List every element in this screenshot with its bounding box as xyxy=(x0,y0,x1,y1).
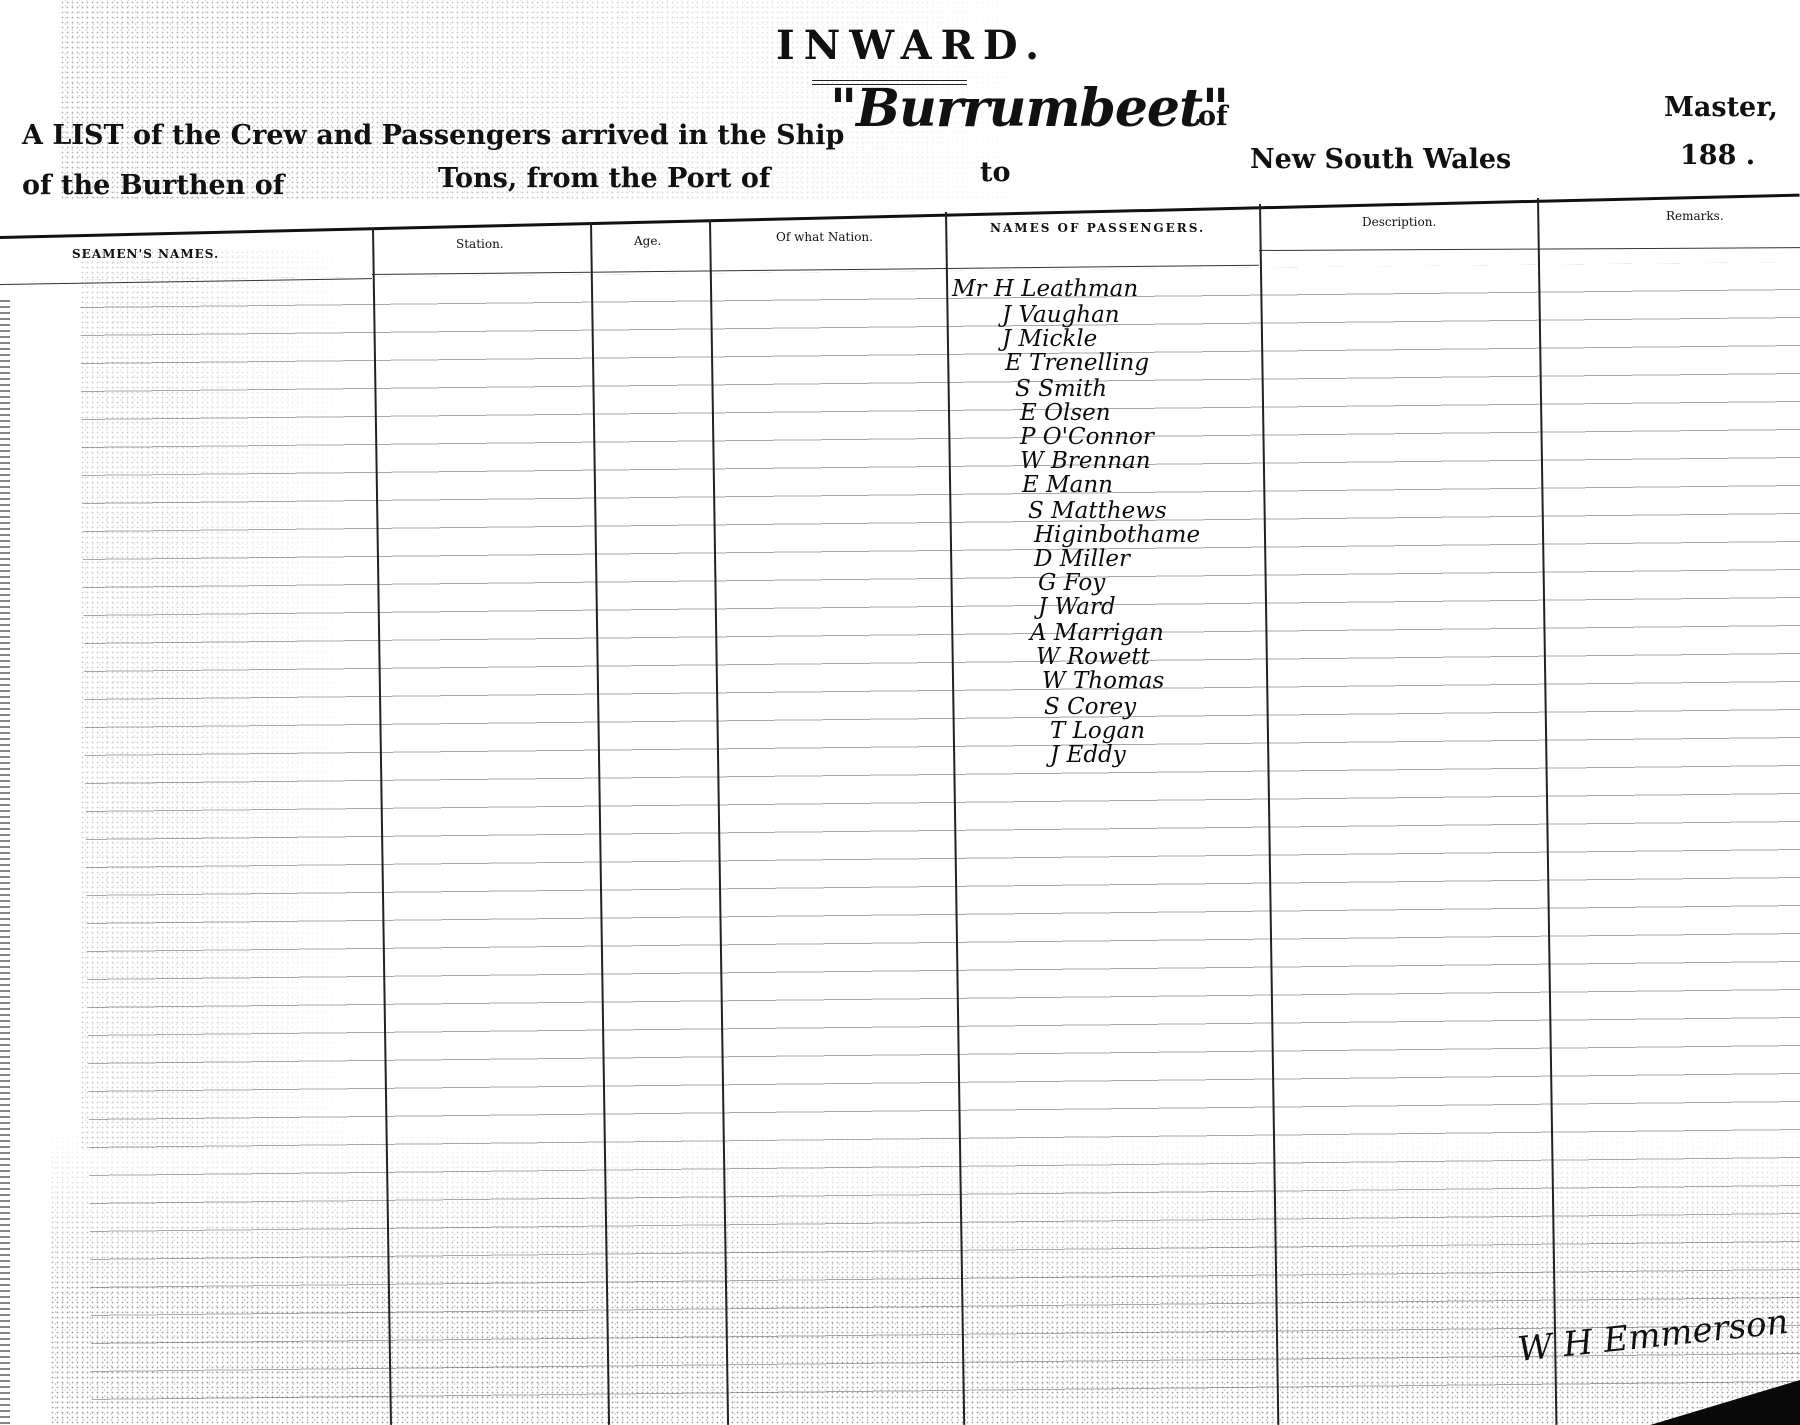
header-bottom-rule-right xyxy=(1259,247,1800,251)
page-corner-shadow xyxy=(1650,1380,1800,1425)
column-header-description: Description. xyxy=(1362,215,1436,229)
burthen-label: of the Burthen of xyxy=(22,170,284,201)
destination-label: New South Wales xyxy=(1250,144,1511,175)
passenger-name: W Rowett xyxy=(1036,644,1150,670)
page-left-edge xyxy=(0,300,10,1425)
passenger-name: Mr H Leathman xyxy=(952,276,1138,302)
passenger-name: G Foy xyxy=(1038,570,1105,596)
tons-port-label: Tons, from the Port of xyxy=(438,163,770,194)
document-title: INWARD. xyxy=(776,22,1048,69)
passenger-name: A Marrigan xyxy=(1030,620,1164,646)
passenger-name: E Trenelling xyxy=(1005,350,1149,376)
passenger-name: J Eddy xyxy=(1050,742,1126,768)
passenger-list-page: INWARD. "Burrumbeet" A LIST of the Crew … xyxy=(0,0,1800,1425)
column-header-nation: Of what Nation. xyxy=(776,230,873,244)
passenger-name: W Thomas xyxy=(1042,668,1164,694)
passenger-name: W Brennan xyxy=(1020,448,1151,474)
heading-line-1: A LIST of the Crew and Passengers arrive… xyxy=(22,120,844,151)
column-header-age: Age. xyxy=(634,234,661,248)
ship-name: "Burrumbeet" xyxy=(830,78,1228,139)
column-header-remarks: Remarks. xyxy=(1666,209,1724,223)
of-label: of xyxy=(1198,101,1228,132)
passenger-name: J Mickle xyxy=(1002,326,1097,352)
master-label: Master, xyxy=(1664,92,1778,123)
passenger-name: E Mann xyxy=(1022,472,1113,498)
to-label: to xyxy=(980,157,1010,188)
passenger-name: P O'Connor xyxy=(1020,424,1154,450)
passenger-name: Higinbothame xyxy=(1034,522,1200,548)
column-header-passengers: NAMES OF PASSENGERS. xyxy=(990,221,1205,235)
passenger-name: J Ward xyxy=(1038,594,1116,620)
passenger-name: S Matthews xyxy=(1028,498,1167,524)
passenger-name: D Miller xyxy=(1034,546,1130,572)
passenger-name: S Smith xyxy=(1015,376,1107,402)
column-header-seamens-names: SEAMEN'S NAMES. xyxy=(72,247,219,261)
column-header-station: Station. xyxy=(456,237,504,251)
passenger-name: J Vaughan xyxy=(1002,302,1120,328)
passenger-name: E Olsen xyxy=(1020,400,1111,426)
passenger-name: S Corey xyxy=(1044,694,1136,720)
year-label: 188 . xyxy=(1680,140,1755,171)
passenger-name: T Logan xyxy=(1050,718,1145,744)
